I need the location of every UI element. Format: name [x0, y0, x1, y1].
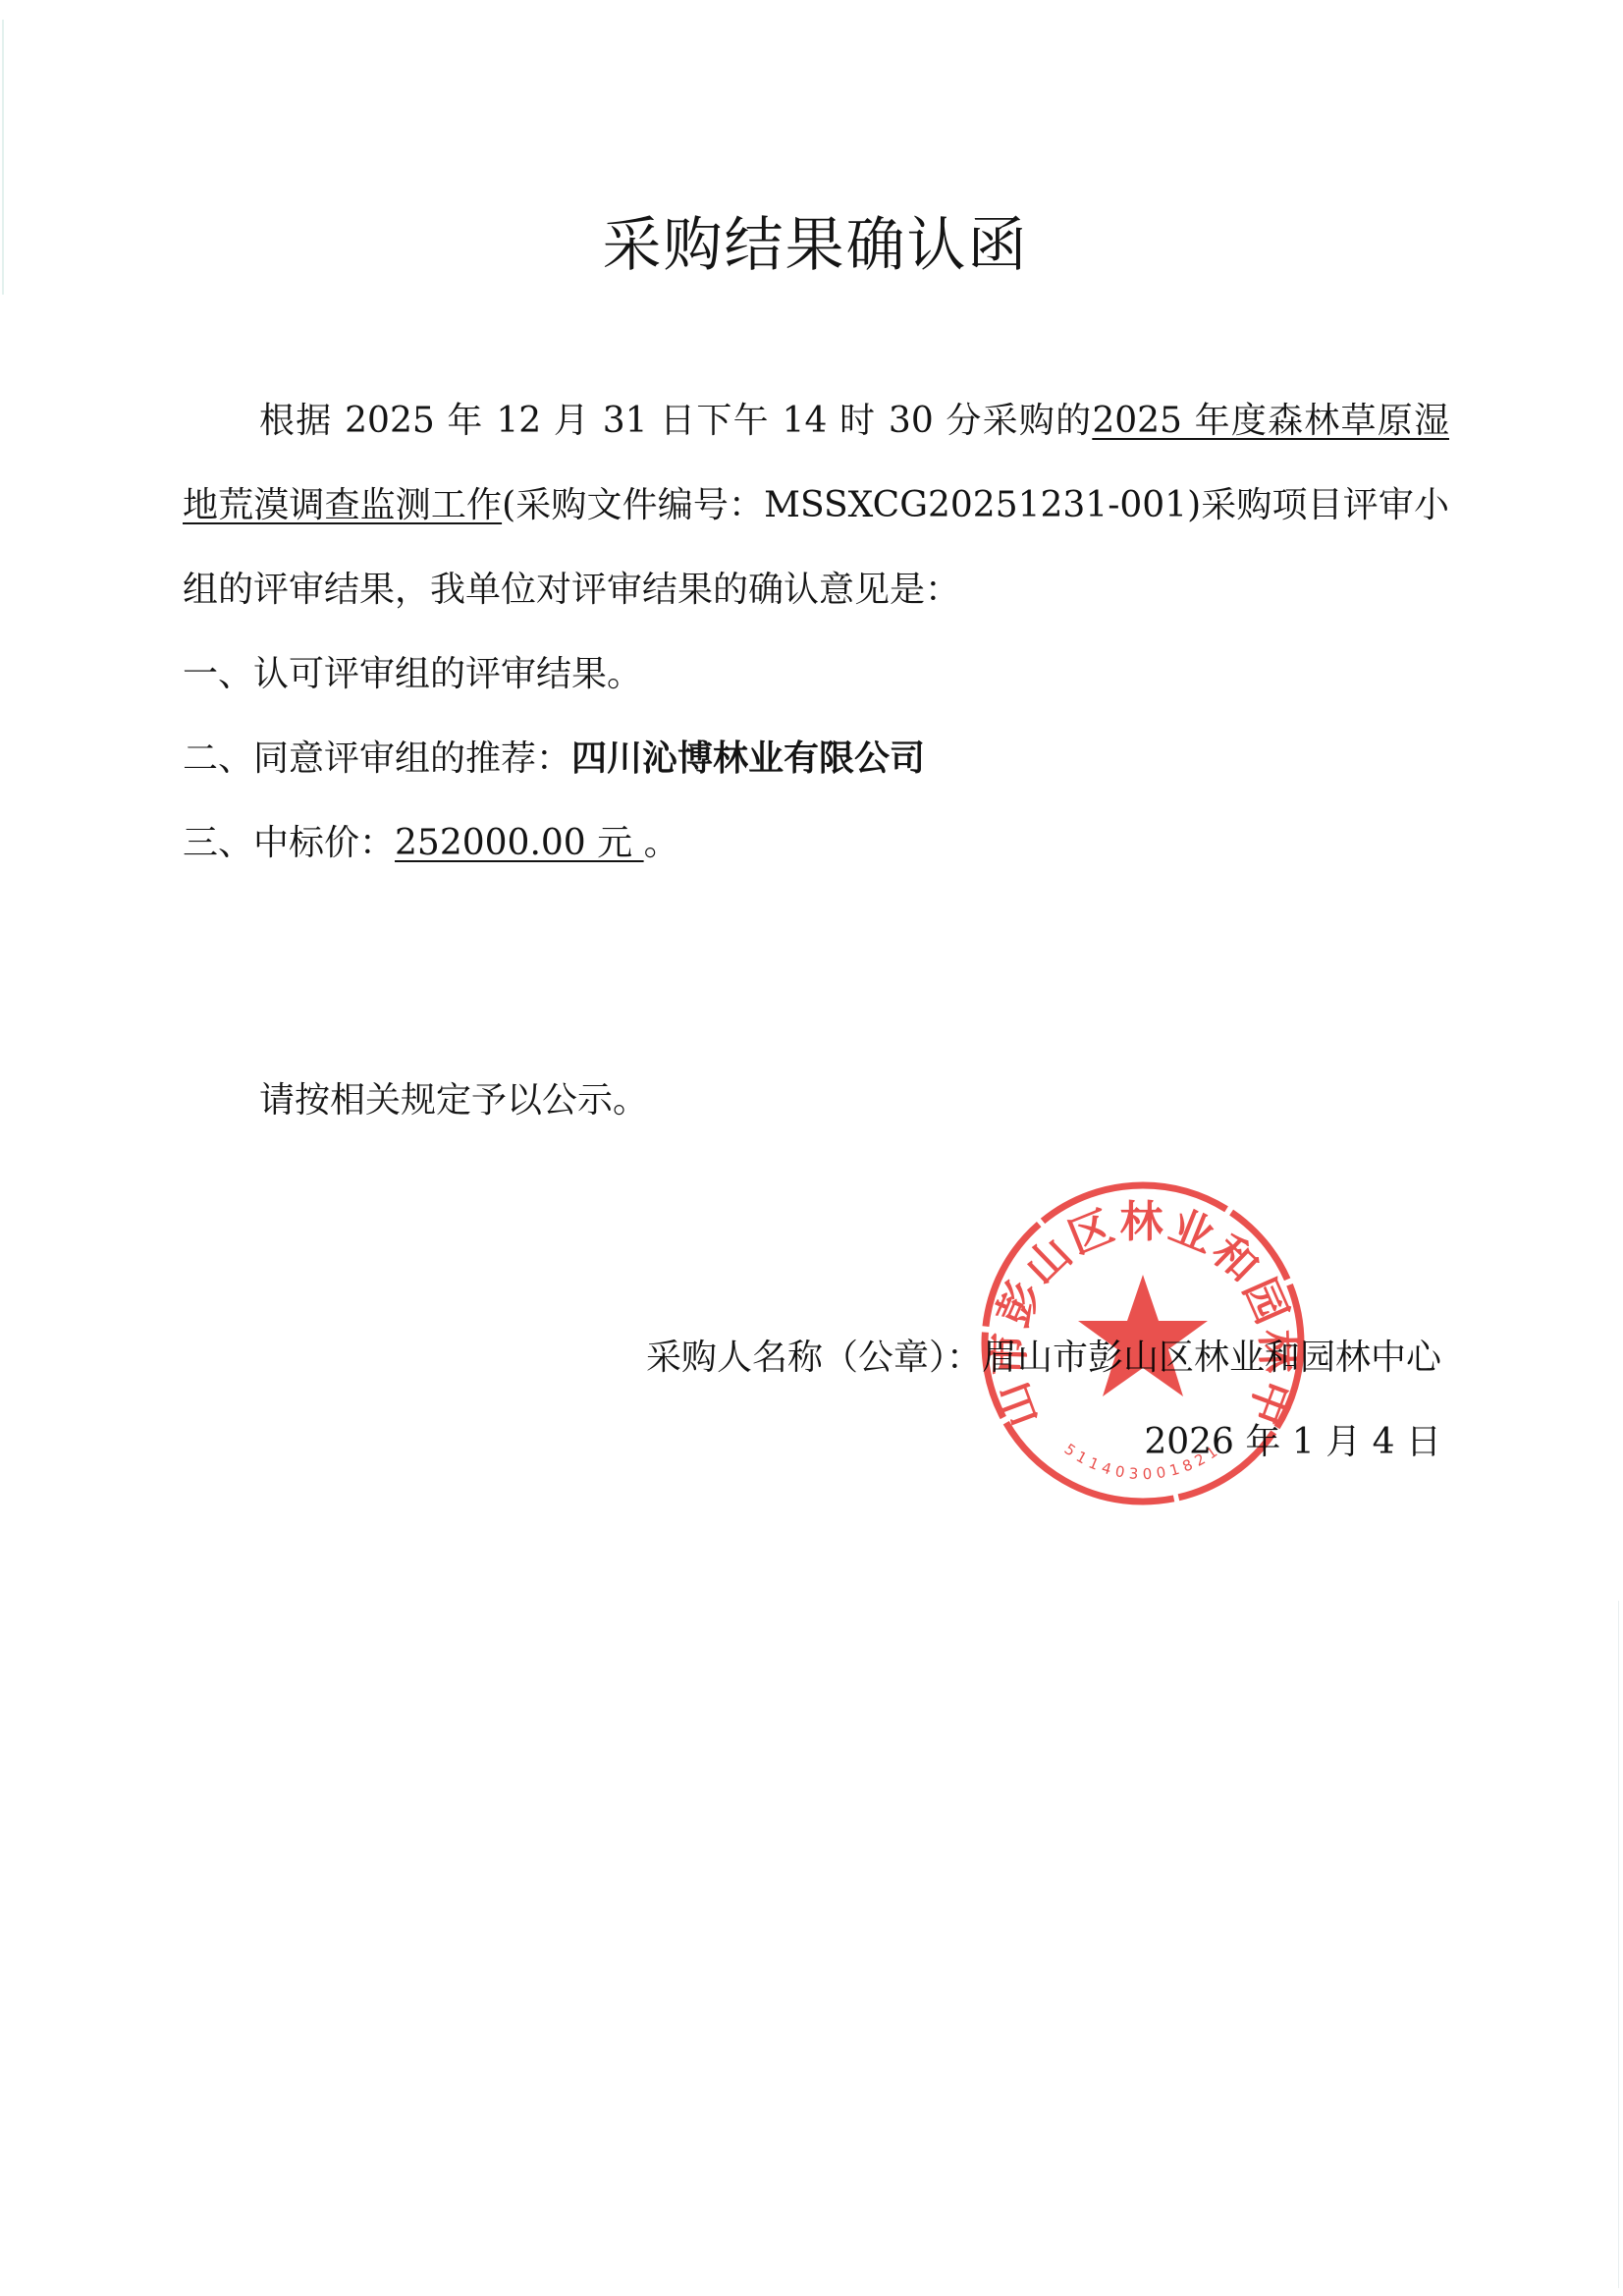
item-end: 。: [644, 823, 679, 863]
notice-text: 请按相关规定予以公示。: [259, 1059, 648, 1143]
stamp-code-text: 511403001821: [1061, 1440, 1225, 1483]
winning-price: 252000.00 元: [395, 823, 644, 863]
item-index: 一、: [183, 654, 253, 694]
recommended-company: 四川沁博林业有限公司: [571, 738, 925, 779]
item-text: 认可评审组的评审结果。: [253, 654, 642, 694]
opinion-item-1: 一、认可评审组的评审结果。: [183, 632, 1449, 717]
official-seal-stamp: 眉山市彭山区林业和园林中心 511403001821: [978, 1176, 1308, 1510]
intro-prefix: 根据 2025 年 12 月 31 日下午 14 时 30 分采购的: [259, 401, 1092, 441]
item-text: 同意评审组的推荐：: [253, 738, 571, 779]
item-index: 二、: [183, 738, 253, 779]
item-index: 三、: [183, 823, 253, 863]
scan-artifact-right: [1618, 1601, 1619, 2288]
document-title: 采购结果确认函: [0, 210, 1623, 281]
opinion-list: 一、认可评审组的评审结果。 二、同意评审组的推荐：四川沁博林业有限公司 三、中标…: [183, 632, 1449, 886]
intro-paragraph: 根据 2025 年 12 月 31 日下午 14 时 30 分采购的2025 年…: [183, 379, 1449, 632]
item-text: 中标价：: [253, 823, 395, 863]
star-icon: [1078, 1275, 1208, 1396]
purchaser-label: 采购人名称（公章）：: [646, 1338, 982, 1378]
opinion-item-2: 二、同意评审组的推荐：四川沁博林业有限公司: [183, 717, 1449, 801]
opinion-item-3: 三、中标价：252000.00 元 。: [183, 801, 1449, 886]
